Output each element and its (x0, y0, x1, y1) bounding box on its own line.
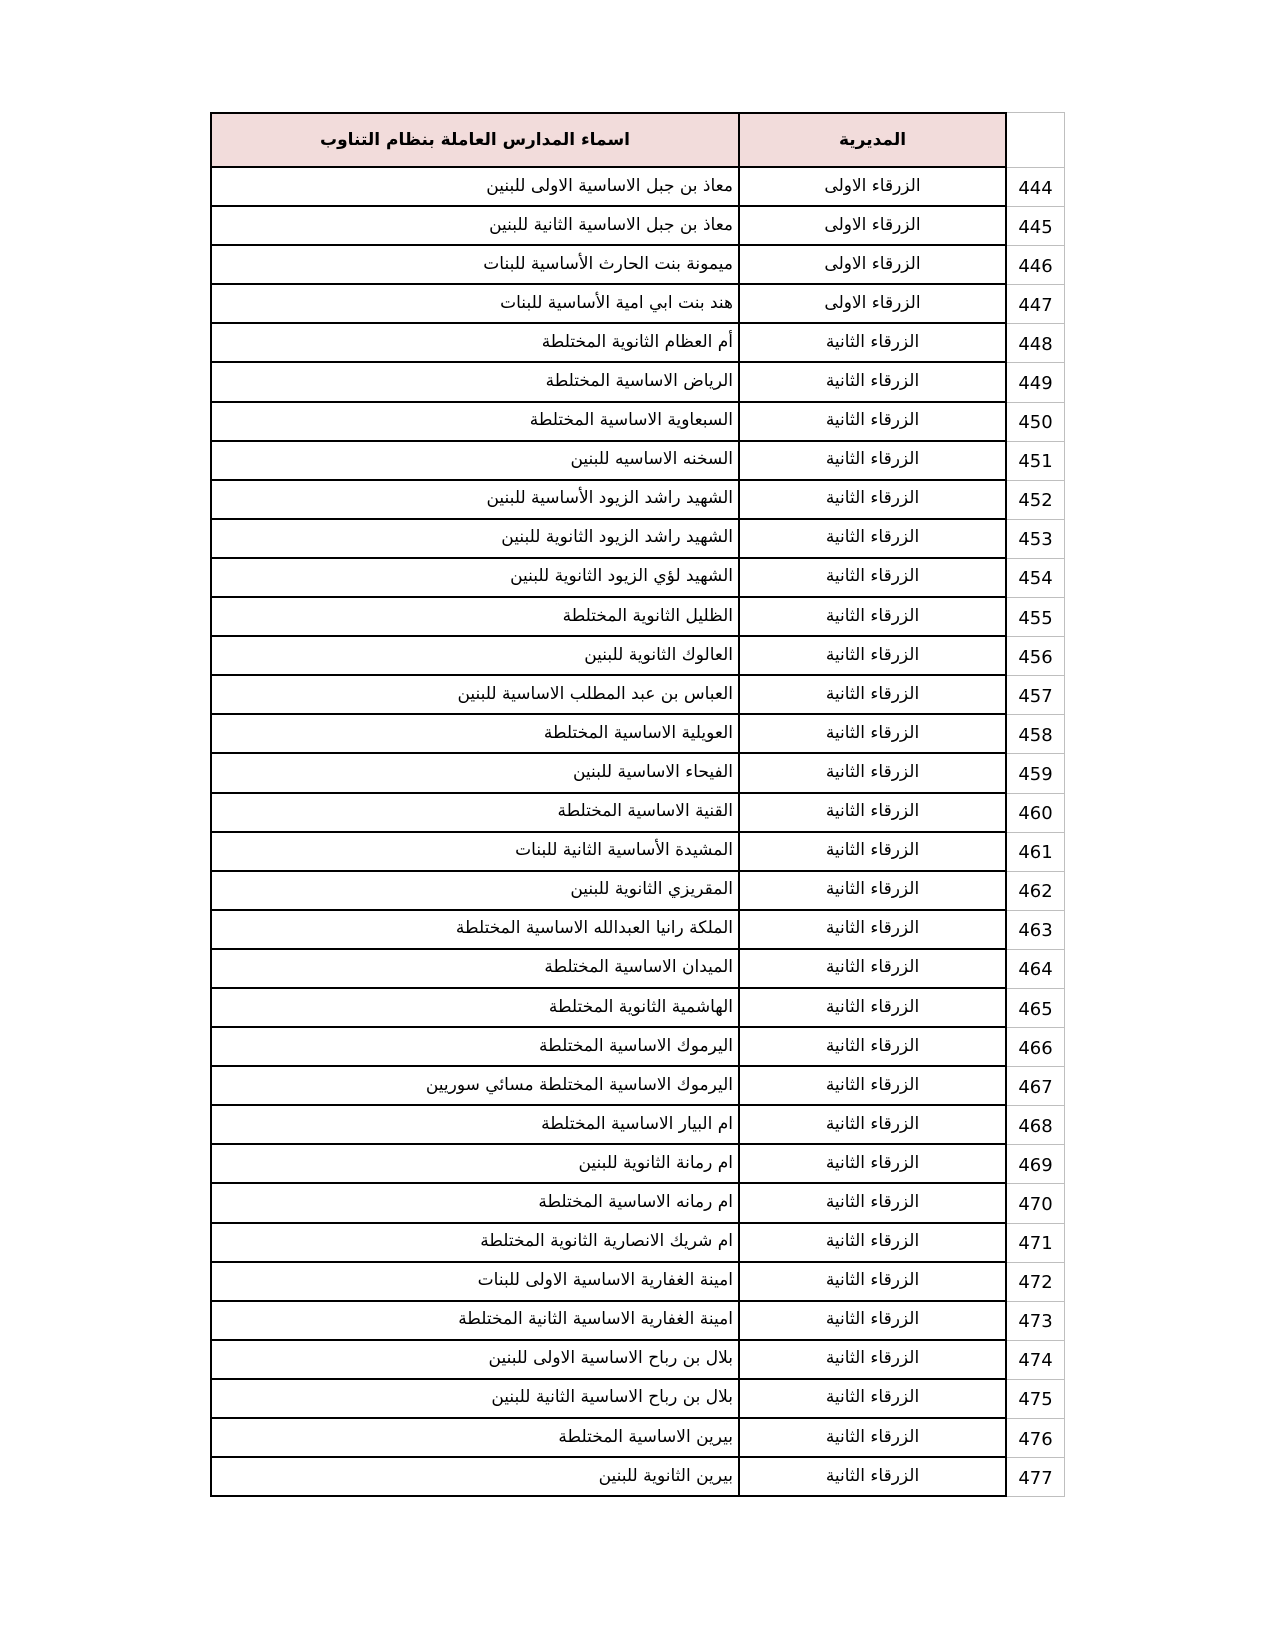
directorate-column-header: المديرية (740, 112, 1007, 168)
row-number-cell: 460 (1007, 794, 1065, 833)
table-row: الميدان الاساسية المختلطة الزرقاء الثاني… (210, 950, 1065, 989)
row-number-cell: 462 (1007, 872, 1065, 911)
table-row: الفيحاء الاساسية للبنين الزرقاء الثانية … (210, 754, 1065, 793)
school-name-cell: الشهيد لؤي الزيود الثانوية للبنين (210, 559, 740, 598)
row-number-cell: 471 (1007, 1224, 1065, 1263)
row-number-cell: 470 (1007, 1184, 1065, 1223)
directorate-cell: الزرقاء الاولى (740, 207, 1007, 246)
table-row: اليرموك الاساسية المختلطة الزرقاء الثاني… (210, 1028, 1065, 1067)
directorate-cell: الزرقاء الثانية (740, 363, 1007, 402)
table-row: بلال بن رباح الاساسية الثانية للبنين الز… (210, 1380, 1065, 1419)
row-number-cell: 469 (1007, 1145, 1065, 1184)
table-row: هند بنت ابي امية الأساسية للبنات الزرقاء… (210, 285, 1065, 324)
directorate-cell: الزرقاء الثانية (740, 676, 1007, 715)
directorate-cell: الزرقاء الثانية (740, 442, 1007, 481)
table-row: الشهيد راشد الزيود الأساسية للبنين الزرق… (210, 481, 1065, 520)
table-row: الظليل الثانوية المختلطة الزرقاء الثانية… (210, 598, 1065, 637)
directorate-cell: الزرقاء الثانية (740, 1458, 1007, 1497)
directorate-cell: الزرقاء الثانية (740, 520, 1007, 559)
directorate-cell: الزرقاء الاولى (740, 246, 1007, 285)
table-header-row: اسماء المدارس العاملة بنظام التناوب المد… (210, 112, 1065, 168)
table-row: الشهيد راشد الزيود الثانوية للبنين الزرق… (210, 520, 1065, 559)
row-number-cell: 454 (1007, 559, 1065, 598)
directorate-cell: الزرقاء الثانية (740, 989, 1007, 1028)
table-row: الشهيد لؤي الزيود الثانوية للبنين الزرقا… (210, 559, 1065, 598)
directorate-cell: الزرقاء الاولى (740, 168, 1007, 207)
table-row: الملكة رانيا العبدالله الاساسية المختلطة… (210, 911, 1065, 950)
school-name-cell: المقريزي الثانوية للبنين (210, 872, 740, 911)
table-row: اليرموك الاساسية المختلطة مسائي سوريين ا… (210, 1067, 1065, 1106)
row-number-cell: 466 (1007, 1028, 1065, 1067)
row-number-cell: 444 (1007, 168, 1065, 207)
table-row: بيرين الثانوية للبنين الزرقاء الثانية 47… (210, 1458, 1065, 1497)
school-name-cell: ام رمانة الثانوية للبنين (210, 1145, 740, 1184)
table-body: معاذ بن جبل الاساسية الاولى للبنين الزرق… (210, 168, 1065, 1497)
school-name-cell: أم العظام الثانوية المختلطة (210, 324, 740, 363)
row-number-cell: 452 (1007, 481, 1065, 520)
row-number-cell: 447 (1007, 285, 1065, 324)
table-row: بلال بن رباح الاساسية الاولى للبنين الزر… (210, 1341, 1065, 1380)
row-number-cell: 473 (1007, 1302, 1065, 1341)
school-name-cell: ميمونة بنت الحارث الأساسية للبنات (210, 246, 740, 285)
row-number-cell: 476 (1007, 1419, 1065, 1458)
row-number-cell: 468 (1007, 1106, 1065, 1145)
school-name-cell: العباس بن عبد المطلب الاساسية للبنين (210, 676, 740, 715)
school-name-cell: اليرموك الاساسية المختلطة (210, 1028, 740, 1067)
school-name-cell: معاذ بن جبل الاساسية الثانية للبنين (210, 207, 740, 246)
row-number-cell: 475 (1007, 1380, 1065, 1419)
school-name-cell: بلال بن رباح الاساسية الثانية للبنين (210, 1380, 740, 1419)
directorate-cell: الزرقاء الثانية (740, 833, 1007, 872)
row-number-cell: 456 (1007, 637, 1065, 676)
school-name-cell: امينة الغفارية الاساسية الاولى للبنات (210, 1263, 740, 1302)
row-number-cell: 472 (1007, 1263, 1065, 1302)
school-name-cell: هند بنت ابي امية الأساسية للبنات (210, 285, 740, 324)
document-page: { "table": { "header": { "schools_label"… (0, 0, 1275, 1650)
table-row: العالوك الثانوية للبنين الزرقاء الثانية … (210, 637, 1065, 676)
table-row: المشيدة الأساسية الثانية للبنات الزرقاء … (210, 833, 1065, 872)
directorate-cell: الزرقاء الثانية (740, 872, 1007, 911)
table-row: ام شريك الانصارية الثانوية المختلطة الزر… (210, 1224, 1065, 1263)
school-name-cell: الملكة رانيا العبدالله الاساسية المختلطة (210, 911, 740, 950)
row-number-cell: 474 (1007, 1341, 1065, 1380)
directorate-cell: الزرقاء الثانية (740, 403, 1007, 442)
school-name-cell: السبعاوية الاساسية المختلطة (210, 403, 740, 442)
directorate-cell: الزرقاء الثانية (740, 559, 1007, 598)
school-name-cell: امينة الغفارية الاساسية الثانية المختلطة (210, 1302, 740, 1341)
directorate-cell: الزرقاء الثانية (740, 1106, 1007, 1145)
schools-table: اسماء المدارس العاملة بنظام التناوب المد… (210, 112, 1065, 1497)
directorate-cell: الزرقاء الثانية (740, 1380, 1007, 1419)
table-row: العباس بن عبد المطلب الاساسية للبنين الز… (210, 676, 1065, 715)
school-name-cell: العالوك الثانوية للبنين (210, 637, 740, 676)
table-row: السبعاوية الاساسية المختلطة الزرقاء الثا… (210, 403, 1065, 442)
directorate-cell: الزرقاء الثانية (740, 1067, 1007, 1106)
school-name-cell: ام شريك الانصارية الثانوية المختلطة (210, 1224, 740, 1263)
directorate-cell: الزرقاء الثانية (740, 794, 1007, 833)
directorate-cell: الزرقاء الثانية (740, 1302, 1007, 1341)
directorate-cell: الزرقاء الثانية (740, 481, 1007, 520)
directorate-cell: الزرقاء الثانية (740, 1419, 1007, 1458)
directorate-cell: الزرقاء الاولى (740, 285, 1007, 324)
school-name-cell: معاذ بن جبل الاساسية الاولى للبنين (210, 168, 740, 207)
table-row: ام رمانه الاساسية المختلطة الزرقاء الثان… (210, 1184, 1065, 1223)
table-row: ميمونة بنت الحارث الأساسية للبنات الزرقا… (210, 246, 1065, 285)
school-name-cell: بيرين الثانوية للبنين (210, 1458, 740, 1497)
directorate-cell: الزرقاء الثانية (740, 1145, 1007, 1184)
row-number-cell: 463 (1007, 911, 1065, 950)
table-row: الرياض الاساسية المختلطة الزرقاء الثانية… (210, 363, 1065, 402)
table-row: أم العظام الثانوية المختلطة الزرقاء الثا… (210, 324, 1065, 363)
row-number-cell: 477 (1007, 1458, 1065, 1497)
row-number-cell: 448 (1007, 324, 1065, 363)
school-name-cell: الشهيد راشد الزيود الثانوية للبنين (210, 520, 740, 559)
directorate-cell: الزرقاء الثانية (740, 1263, 1007, 1302)
directorate-cell: الزرقاء الثانية (740, 911, 1007, 950)
row-number-header-cell (1007, 112, 1065, 168)
table-row: معاذ بن جبل الاساسية الاولى للبنين الزرق… (210, 168, 1065, 207)
school-name-cell: ام رمانه الاساسية المختلطة (210, 1184, 740, 1223)
row-number-cell: 445 (1007, 207, 1065, 246)
directorate-cell: الزرقاء الثانية (740, 324, 1007, 363)
school-name-cell: الظليل الثانوية المختلطة (210, 598, 740, 637)
school-name-cell: الشهيد راشد الزيود الأساسية للبنين (210, 481, 740, 520)
table-row: ام البيار الاساسية المختلطة الزرقاء الثا… (210, 1106, 1065, 1145)
school-name-cell: الميدان الاساسية المختلطة (210, 950, 740, 989)
row-number-cell: 465 (1007, 989, 1065, 1028)
table-row: بيرين الاساسية المختلطة الزرقاء الثانية … (210, 1419, 1065, 1458)
directorate-cell: الزرقاء الثانية (740, 1341, 1007, 1380)
school-name-cell: الرياض الاساسية المختلطة (210, 363, 740, 402)
table-row: المقريزي الثانوية للبنين الزرقاء الثانية… (210, 872, 1065, 911)
row-number-cell: 451 (1007, 442, 1065, 481)
school-name-cell: ام البيار الاساسية المختلطة (210, 1106, 740, 1145)
school-name-cell: بلال بن رباح الاساسية الاولى للبنين (210, 1341, 740, 1380)
school-name-cell: الهاشمية الثانوية المختلطة (210, 989, 740, 1028)
table-row: ام رمانة الثانوية للبنين الزرقاء الثانية… (210, 1145, 1065, 1184)
school-name-cell: العويلية الاساسية المختلطة (210, 715, 740, 754)
directorate-cell: الزرقاء الثانية (740, 1028, 1007, 1067)
school-name-cell: السخنه الاساسيه للبنين (210, 442, 740, 481)
row-number-cell: 464 (1007, 950, 1065, 989)
table-row: السخنه الاساسيه للبنين الزرقاء الثانية 4… (210, 442, 1065, 481)
school-name-cell: اليرموك الاساسية المختلطة مسائي سوريين (210, 1067, 740, 1106)
row-number-cell: 446 (1007, 246, 1065, 285)
directorate-cell: الزرقاء الثانية (740, 1184, 1007, 1223)
row-number-cell: 458 (1007, 715, 1065, 754)
school-name-cell: الفيحاء الاساسية للبنين (210, 754, 740, 793)
school-name-cell: القنية الاساسية المختلطة (210, 794, 740, 833)
row-number-cell: 467 (1007, 1067, 1065, 1106)
row-number-cell: 461 (1007, 833, 1065, 872)
row-number-cell: 449 (1007, 363, 1065, 402)
table-row: معاذ بن جبل الاساسية الثانية للبنين الزر… (210, 207, 1065, 246)
table-row: امينة الغفارية الاساسية الثانية المختلطة… (210, 1302, 1065, 1341)
table-row: العويلية الاساسية المختلطة الزرقاء الثان… (210, 715, 1065, 754)
directorate-cell: الزرقاء الثانية (740, 715, 1007, 754)
row-number-cell: 459 (1007, 754, 1065, 793)
directorate-cell: الزرقاء الثانية (740, 950, 1007, 989)
school-name-cell: بيرين الاساسية المختلطة (210, 1419, 740, 1458)
directorate-cell: الزرقاء الثانية (740, 1224, 1007, 1263)
directorate-cell: الزرقاء الثانية (740, 637, 1007, 676)
table-row: الهاشمية الثانوية المختلطة الزرقاء الثان… (210, 989, 1065, 1028)
table-row: القنية الاساسية المختلطة الزرقاء الثانية… (210, 794, 1065, 833)
row-number-cell: 457 (1007, 676, 1065, 715)
directorate-cell: الزرقاء الثانية (740, 598, 1007, 637)
school-name-cell: المشيدة الأساسية الثانية للبنات (210, 833, 740, 872)
directorate-cell: الزرقاء الثانية (740, 754, 1007, 793)
table-row: امينة الغفارية الاساسية الاولى للبنات ال… (210, 1263, 1065, 1302)
row-number-cell: 455 (1007, 598, 1065, 637)
schools-column-header: اسماء المدارس العاملة بنظام التناوب (210, 112, 740, 168)
row-number-cell: 450 (1007, 403, 1065, 442)
row-number-cell: 453 (1007, 520, 1065, 559)
